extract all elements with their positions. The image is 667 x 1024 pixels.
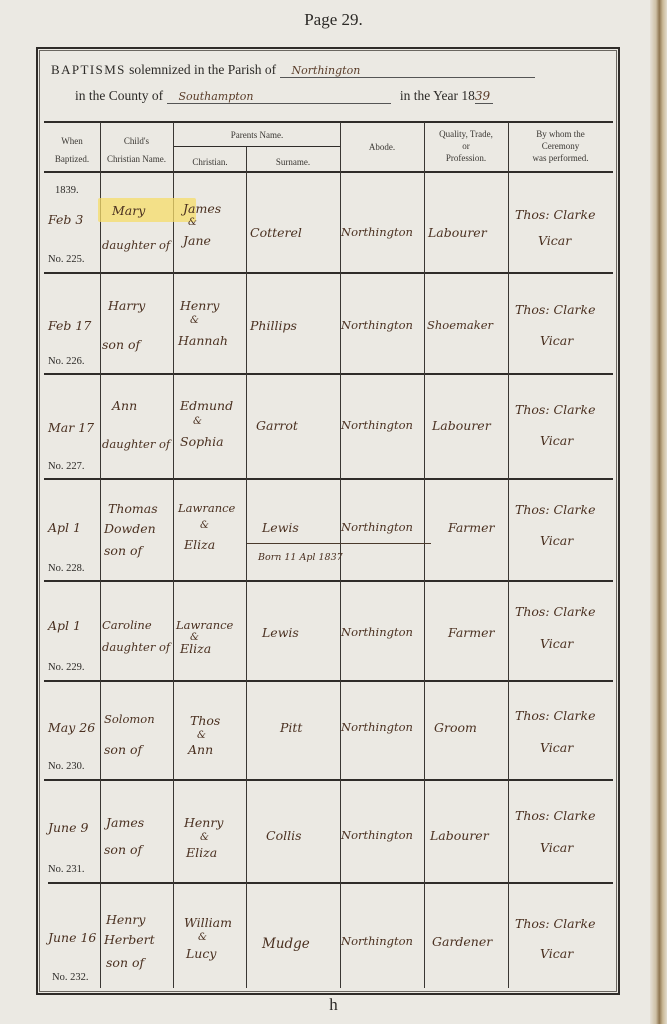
quality: Groom (434, 720, 477, 735)
officiant-title: Vicar (540, 333, 573, 348)
row-rule (44, 779, 613, 781)
quality: Gardener (432, 934, 492, 949)
quality: Labourer (430, 828, 489, 843)
header-top-rule (44, 121, 613, 123)
header-line: Profession. (424, 152, 508, 164)
county-line: in the County of Southampton in the Year… (75, 88, 493, 104)
quality: Farmer (448, 520, 494, 535)
abode: Northington (341, 934, 413, 949)
entry-number: No. 231. (48, 864, 84, 875)
col-line (424, 122, 425, 988)
mother-name: Lucy (186, 946, 216, 961)
child-name: Harry (108, 298, 145, 313)
officiant: Thos: Clarke (515, 402, 595, 417)
entry-date: June 9 (48, 820, 88, 835)
officiant: Thos: Clarke (515, 604, 595, 619)
surname: Garrot (256, 418, 298, 433)
county-label: in the County of (75, 88, 163, 103)
ampersand: & (200, 518, 209, 533)
signature-mark: h (0, 995, 667, 1015)
officiant: Thos: Clarke (515, 502, 595, 517)
entry-number: No. 230. (48, 761, 84, 772)
relation: daughter of (102, 640, 170, 655)
father-name: Edmund (180, 398, 233, 413)
entry-date: May 26 (48, 720, 95, 735)
abode: Northington (341, 418, 413, 433)
child-name: Ann (112, 398, 137, 413)
page-title: Page 29. (0, 10, 667, 30)
year-label: in the Year 18 (400, 88, 475, 103)
officiant-title: Vicar (540, 533, 573, 548)
quality: Farmer (448, 625, 494, 640)
header-line: or (424, 140, 508, 152)
row-rule (44, 373, 613, 375)
mother-name: Ann (188, 742, 213, 757)
row-rule (44, 478, 613, 480)
relation: daughter of (102, 437, 170, 452)
entry-date: Feb 3 (48, 212, 83, 227)
entry-date: Apl 1 (48, 618, 81, 633)
register-heading: BAPTISMS solemnized in the Parish of Nor… (51, 62, 535, 78)
surname: Cotterel (250, 225, 302, 240)
row-rule (44, 580, 613, 582)
abode: Northington (341, 720, 413, 735)
entry-number: No. 227. (48, 461, 84, 472)
officiant: Thos: Clarke (515, 708, 595, 723)
header-abode: Abode. (340, 141, 424, 153)
surname: Mudge (262, 937, 310, 952)
child-name: James (106, 815, 144, 830)
header-line: Ceremony (508, 140, 613, 152)
entry-date: Mar 17 (48, 420, 94, 435)
ampersand: & (197, 728, 206, 743)
mother-name: Jane (183, 233, 211, 248)
surname: Pitt (280, 720, 302, 735)
county-field: Southampton (167, 90, 391, 104)
ampersand: & (193, 414, 202, 429)
father-name: Henry (184, 815, 223, 830)
officiant-title: Vicar (540, 946, 573, 961)
surname: Collis (266, 828, 302, 843)
child-name: Mary (112, 203, 145, 218)
officiant-title: Vicar (540, 840, 573, 855)
relation: son of (106, 955, 144, 970)
ampersand: & (198, 930, 207, 945)
col-line (508, 122, 509, 988)
father-name: William (184, 915, 232, 930)
father-name: Thos (190, 713, 220, 728)
abode: Northington (341, 225, 413, 240)
child-name: Thomas (108, 501, 158, 516)
abode: Northington (341, 520, 413, 535)
header-line: Baptized. (44, 153, 100, 165)
header-line: was performed. (508, 152, 613, 164)
ampersand: & (188, 215, 197, 230)
entry-number: No. 228. (48, 563, 84, 574)
entry-date: June 16 (48, 930, 96, 945)
entry-date: Apl 1 (48, 520, 81, 535)
abode: Northington (341, 625, 413, 640)
officiant-title: Vicar (540, 636, 573, 651)
mother-name: Eliza (184, 537, 215, 552)
row-rule (48, 882, 613, 884)
father-name: Henry (180, 298, 219, 313)
officiant: Thos: Clarke (515, 916, 595, 931)
abode: Northington (341, 828, 413, 843)
mother-name: Eliza (186, 845, 217, 860)
ampersand: & (190, 313, 199, 328)
surname: Lewis (262, 520, 299, 535)
officiant: Thos: Clarke (515, 302, 595, 317)
header-parents-christian: Christian. (174, 156, 246, 168)
entry-number: No. 225. (48, 254, 84, 265)
parish-field: Northington (280, 64, 535, 78)
heading-caps: BAPTISMS (51, 62, 126, 77)
header-quality: Quality, Trade, or Profession. (424, 128, 508, 164)
relation: son of (104, 742, 142, 757)
child-name: Caroline (102, 618, 152, 633)
row-rule (44, 680, 613, 682)
header-when-baptized: When Baptized. (44, 135, 100, 165)
entry-number: No. 226. (48, 356, 84, 367)
quality: Labourer (428, 225, 487, 240)
col-line (173, 122, 174, 988)
row-rule (44, 272, 613, 274)
quality: Labourer (432, 418, 491, 433)
child-name: Solomon (104, 712, 155, 727)
quality: Shoemaker (427, 318, 493, 333)
officiant-title: Vicar (540, 433, 573, 448)
surname: Lewis (262, 625, 299, 640)
abode: Northington (341, 318, 413, 333)
officiant-title: Vicar (540, 740, 573, 755)
entry-date: Feb 17 (48, 318, 91, 333)
child-middle-name: Herbert (104, 932, 155, 947)
child-middle-name: Dowden (104, 521, 156, 536)
child-name: Henry (106, 912, 145, 927)
header-by-whom: By whom the Ceremony was performed. (508, 128, 613, 164)
father-name: Lawrance (176, 618, 233, 633)
born-note: Born 11 Apl 1837 (258, 550, 343, 565)
col-line (100, 122, 101, 988)
header-line: When (44, 135, 100, 147)
entry-number: No. 229. (48, 662, 84, 673)
year-note: 1839. (55, 185, 79, 196)
officiant: Thos: Clarke (515, 207, 595, 222)
mother-name: Sophia (180, 434, 224, 449)
header-line: Christian Name. (100, 153, 173, 165)
father-name: Lawrance (178, 501, 235, 516)
mother-name: Eliza (180, 641, 211, 656)
header-parents-surname: Surname. (246, 156, 340, 168)
header-line: By whom the (508, 128, 613, 140)
parents-subrule (174, 146, 340, 147)
mother-name: Hannah (178, 333, 228, 348)
ampersand: & (200, 830, 209, 845)
relation: son of (102, 337, 140, 352)
officiant: Thos: Clarke (515, 808, 595, 823)
entry-number: No. 232. (52, 972, 88, 983)
header-bottom-rule (44, 171, 613, 173)
header-line: Child's (100, 135, 173, 147)
relation: son of (104, 842, 142, 857)
surname: Phillips (250, 318, 297, 333)
col-line (246, 147, 247, 988)
heading-text: solemnized in the Parish of (129, 62, 276, 77)
father-name: James (183, 201, 221, 216)
born-note-rule (247, 543, 431, 544)
header-parents-name: Parents Name. (174, 129, 340, 141)
relation: son of (104, 543, 142, 558)
header-child-name: Child's Christian Name. (100, 135, 173, 165)
relation: daughter of (102, 238, 170, 253)
year-field: 39 (475, 89, 493, 104)
header-line: Quality, Trade, (424, 128, 508, 140)
officiant-title: Vicar (538, 233, 571, 248)
page-edge (650, 0, 667, 1024)
